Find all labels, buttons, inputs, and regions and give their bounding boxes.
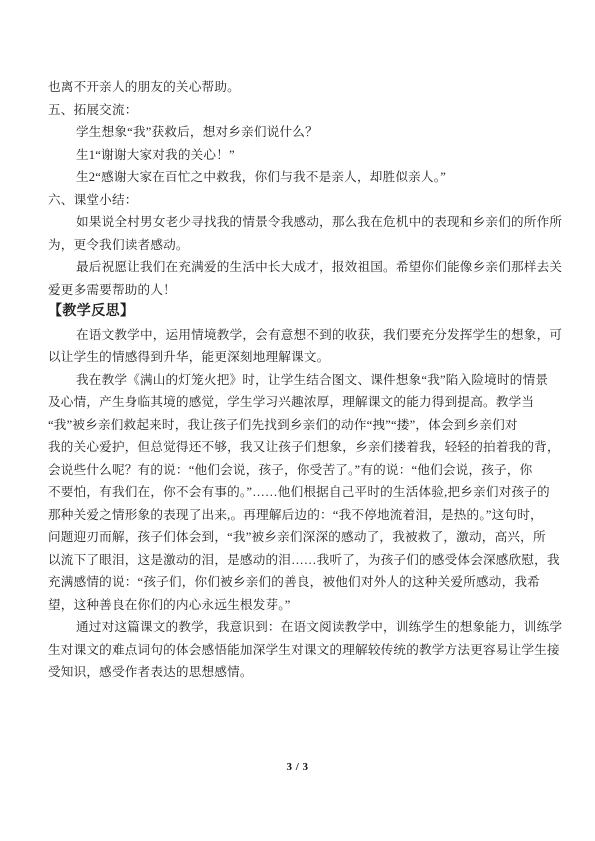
text-line: 在语文教学中，运用情境教学，会有意想不到的收获，我们要充分发挥学生的想象，可 [48, 324, 554, 347]
text-line: 通过对这篇课文的教学，我意识到：在语文阅读教学中，训练学生的想象能力，训练学 [48, 616, 554, 639]
text-line: 以流下了眼泪，这是激动的泪，是感动的泪……我听了，为孩子们的感受体会深感欣慰，我 [48, 549, 554, 572]
text-line: 会说些什么呢？有的说：“他们会说，孩子，你受苦了。”有的说：“他们会说，孩子，你 [48, 459, 554, 482]
text-line: 为，更令我们读者感动。 [48, 234, 554, 257]
text-line: 生对课文的难点词句的体会感悟能加深学生对课文的理解较传统的教学方法更容易让学生接 [48, 639, 554, 662]
text-line: 也离不开亲人的朋友的关心帮助。 [48, 76, 554, 99]
text-line: 受知识，感受作者表达的思想感情。 [48, 661, 554, 684]
text-line: 最后祝愿让我们在充满爱的生活中长大成才，报效祖国。希望你们能像乡亲们那样去关 [48, 256, 554, 279]
text-line: 不要怕，有我们在，你不会有事的。”……他们根据自己平时的生活体验,把乡亲们对孩子… [48, 481, 554, 504]
teaching-reflection-heading: 【教学反思】 [48, 301, 554, 324]
text-line: 学生想象“我”获救后，想对乡亲们说什么？ [48, 121, 554, 144]
text-line: 爱更多需要帮助的人！ [48, 279, 554, 302]
text-line: 以让学生的情感得到升华，能更深刻地理解课文。 [48, 346, 554, 369]
text-line: 我在教学《满山的灯笼火把》时，让学生结合图文、课件想象“我”陷入险境时的情景 [48, 369, 554, 392]
text-line: 我的关心爱护，但总觉得还不够，我又让孩子们想象，乡亲们搂着我，轻轻的拍着我的背， [48, 436, 554, 459]
text-line: 如果说全村男女老少寻找我的情景令我感动，那么我在危机中的表现和乡亲们的所作所 [48, 211, 554, 234]
text-line: 望，这种善良在你们的内心永远生根发芽。” [48, 594, 554, 617]
text-line: “我”被乡亲们救起来时，我让孩子们先找到乡亲们的动作“拽”“搂”，体会到乡亲们对 [48, 414, 554, 437]
page-number: 3 / 3 [0, 761, 595, 773]
student-answer-1: 生1“谢谢大家对我的关心！” [48, 144, 554, 167]
document-page: 也离不开亲人的朋友的关心帮助。 五、拓展交流： 学生想象“我”获救后，想对乡亲们… [0, 0, 595, 841]
text-line: 那种关爱之情形象的表现了出来,。再理解后边的：“我不停地流着泪，是热的。”这句时… [48, 504, 554, 527]
section-6-heading: 六、课堂小结： [48, 189, 554, 212]
text-line: 及心情，产生身临其境的感觉，学生学习兴趣浓厚，理解课文的能力得到提高。教学当 [48, 391, 554, 414]
text-line: 问题迎刃而解，孩子们体会到，“我”被乡亲们深深的感动了，我被救了，激动，高兴，所 [48, 526, 554, 549]
document-body: 也离不开亲人的朋友的关心帮助。 五、拓展交流： 学生想象“我”获救后，想对乡亲们… [48, 76, 554, 684]
student-answer-2: 生2“感谢大家在百忙之中救我，你们与我不是亲人，却胜似亲人。” [48, 166, 554, 189]
text-line: 充满感情的说：“孩子们，你们被乡亲们的善良，被他们对外人的这种关爱所感动，我希 [48, 571, 554, 594]
section-5-heading: 五、拓展交流： [48, 99, 554, 122]
